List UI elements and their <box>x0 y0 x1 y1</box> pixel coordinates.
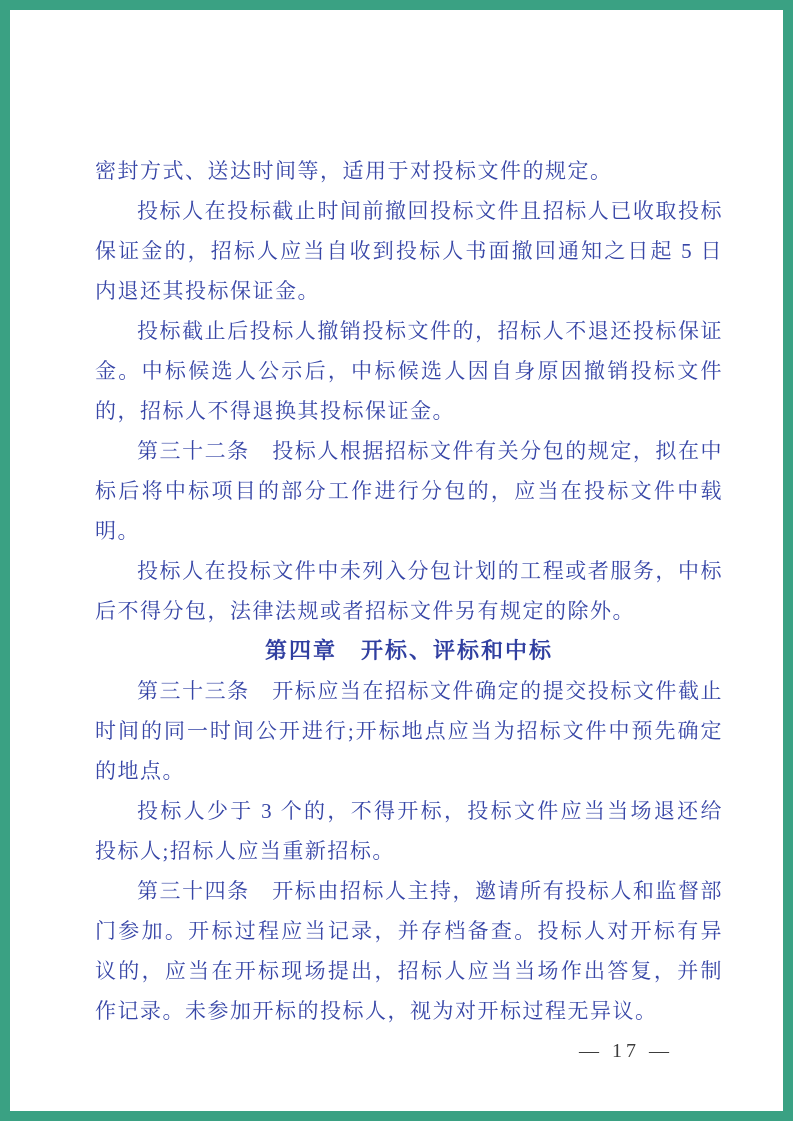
paragraph: 第三十二条 投标人根据招标文件有关分包的规定，拟在中标后将中标项目的部分工作进行… <box>95 431 723 551</box>
page-number: — 17 — <box>579 1037 673 1065</box>
paragraph: 投标人少于 3 个的，不得开标，投标文件应当当场退还给投标人;招标人应当重新招标… <box>95 791 723 871</box>
document-page: 密封方式、送达时间等，适用于对投标文件的规定。投标人在投标截止时间前撤回投标文件… <box>0 0 793 1121</box>
paragraph: 投标人在投标文件中未列入分包计划的工程或者服务，中标后不得分包，法律法规或者招标… <box>95 551 723 631</box>
paragraph: 投标截止后投标人撤销投标文件的，招标人不退还投标保证金。中标候选人公示后，中标候… <box>95 311 723 431</box>
chapter-heading: 第四章 开标、评标和中标 <box>95 631 723 671</box>
paragraph: 第三十四条 开标由招标人主持，邀请所有投标人和监督部门参加。开标过程应当记录，并… <box>95 871 723 1031</box>
paragraph: 投标人在投标截止时间前撤回投标文件且招标人已收取投标保证金的，招标人应当自收到投… <box>95 191 723 311</box>
document-body: 密封方式、送达时间等，适用于对投标文件的规定。投标人在投标截止时间前撤回投标文件… <box>95 151 723 1031</box>
paragraph: 第三十三条 开标应当在招标文件确定的提交投标文件截止时间的同一时间公开进行;开标… <box>95 671 723 791</box>
continuation-paragraph: 密封方式、送达时间等，适用于对投标文件的规定。 <box>95 151 723 191</box>
